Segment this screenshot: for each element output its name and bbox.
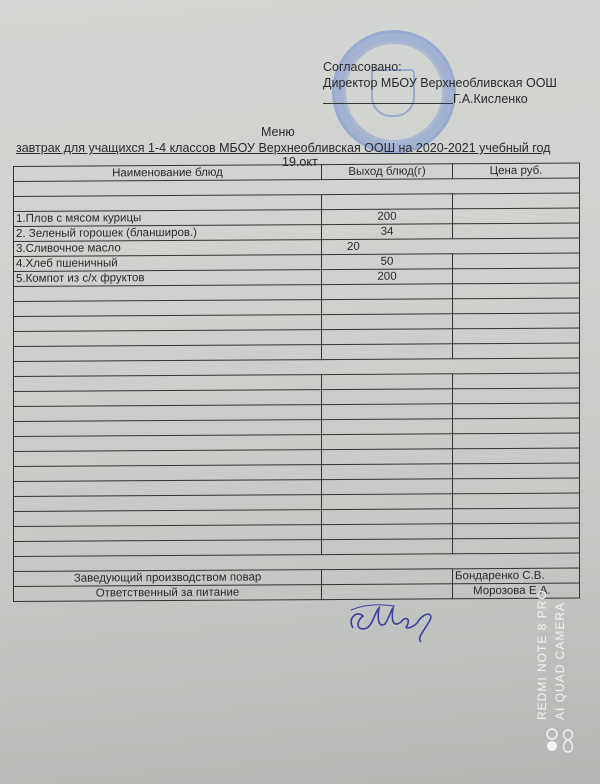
signature-role: Ответственный за питание xyxy=(14,585,322,602)
column-header-weight: Выход блюд(г) xyxy=(322,164,453,180)
approval-director-name: Г.А.Кисленко xyxy=(323,91,557,107)
signature-name: Бондаренко С.В. xyxy=(453,568,580,584)
signature-cell xyxy=(322,569,453,585)
watermark-model: REDMI NOTE 8 PRO xyxy=(535,589,549,720)
dish-weight: 34 xyxy=(322,224,453,240)
blank-rows-group xyxy=(14,373,580,556)
dish-weight: 50 xyxy=(322,254,453,270)
page-title: Меню xyxy=(261,125,295,139)
approval-director: Директор МБОУ Верхнеобливская ООШ xyxy=(323,75,557,91)
blank-rows-group xyxy=(14,283,580,361)
signature-row: Ответственный за питание Морозова Е.А. xyxy=(14,583,580,601)
camera-watermark: REDMI NOTE 8 PRO AI QUAD CAMERA xyxy=(535,595,585,745)
dish-price xyxy=(453,223,580,239)
approval-label: Согласовано: xyxy=(323,59,557,75)
watermark-camera: AI QUAD CAMERA xyxy=(553,602,567,720)
menu-document-page: Согласовано: Директор МБОУ Верхнеобливск… xyxy=(0,0,600,784)
handwritten-signature-icon xyxy=(345,598,445,643)
column-header-price: Цена руб. xyxy=(453,163,580,179)
dish-weight: 200 xyxy=(322,269,453,285)
menu-table: Наименование блюд Выход блюд(г) Цена руб… xyxy=(13,163,580,602)
director-signature-line xyxy=(323,103,453,104)
dish-weight: 200 xyxy=(322,209,453,225)
dish-price xyxy=(453,208,580,224)
approval-block: Согласовано: Директор МБОУ Верхнеобливск… xyxy=(323,59,557,107)
dish-weight: 20 xyxy=(322,238,580,255)
camera-lens-logo-icon xyxy=(540,726,580,756)
dish-price xyxy=(453,268,580,284)
dish-price xyxy=(453,253,580,269)
page-subtitle: завтрак для учащихся 1-4 классов МБОУ Ве… xyxy=(16,141,550,155)
